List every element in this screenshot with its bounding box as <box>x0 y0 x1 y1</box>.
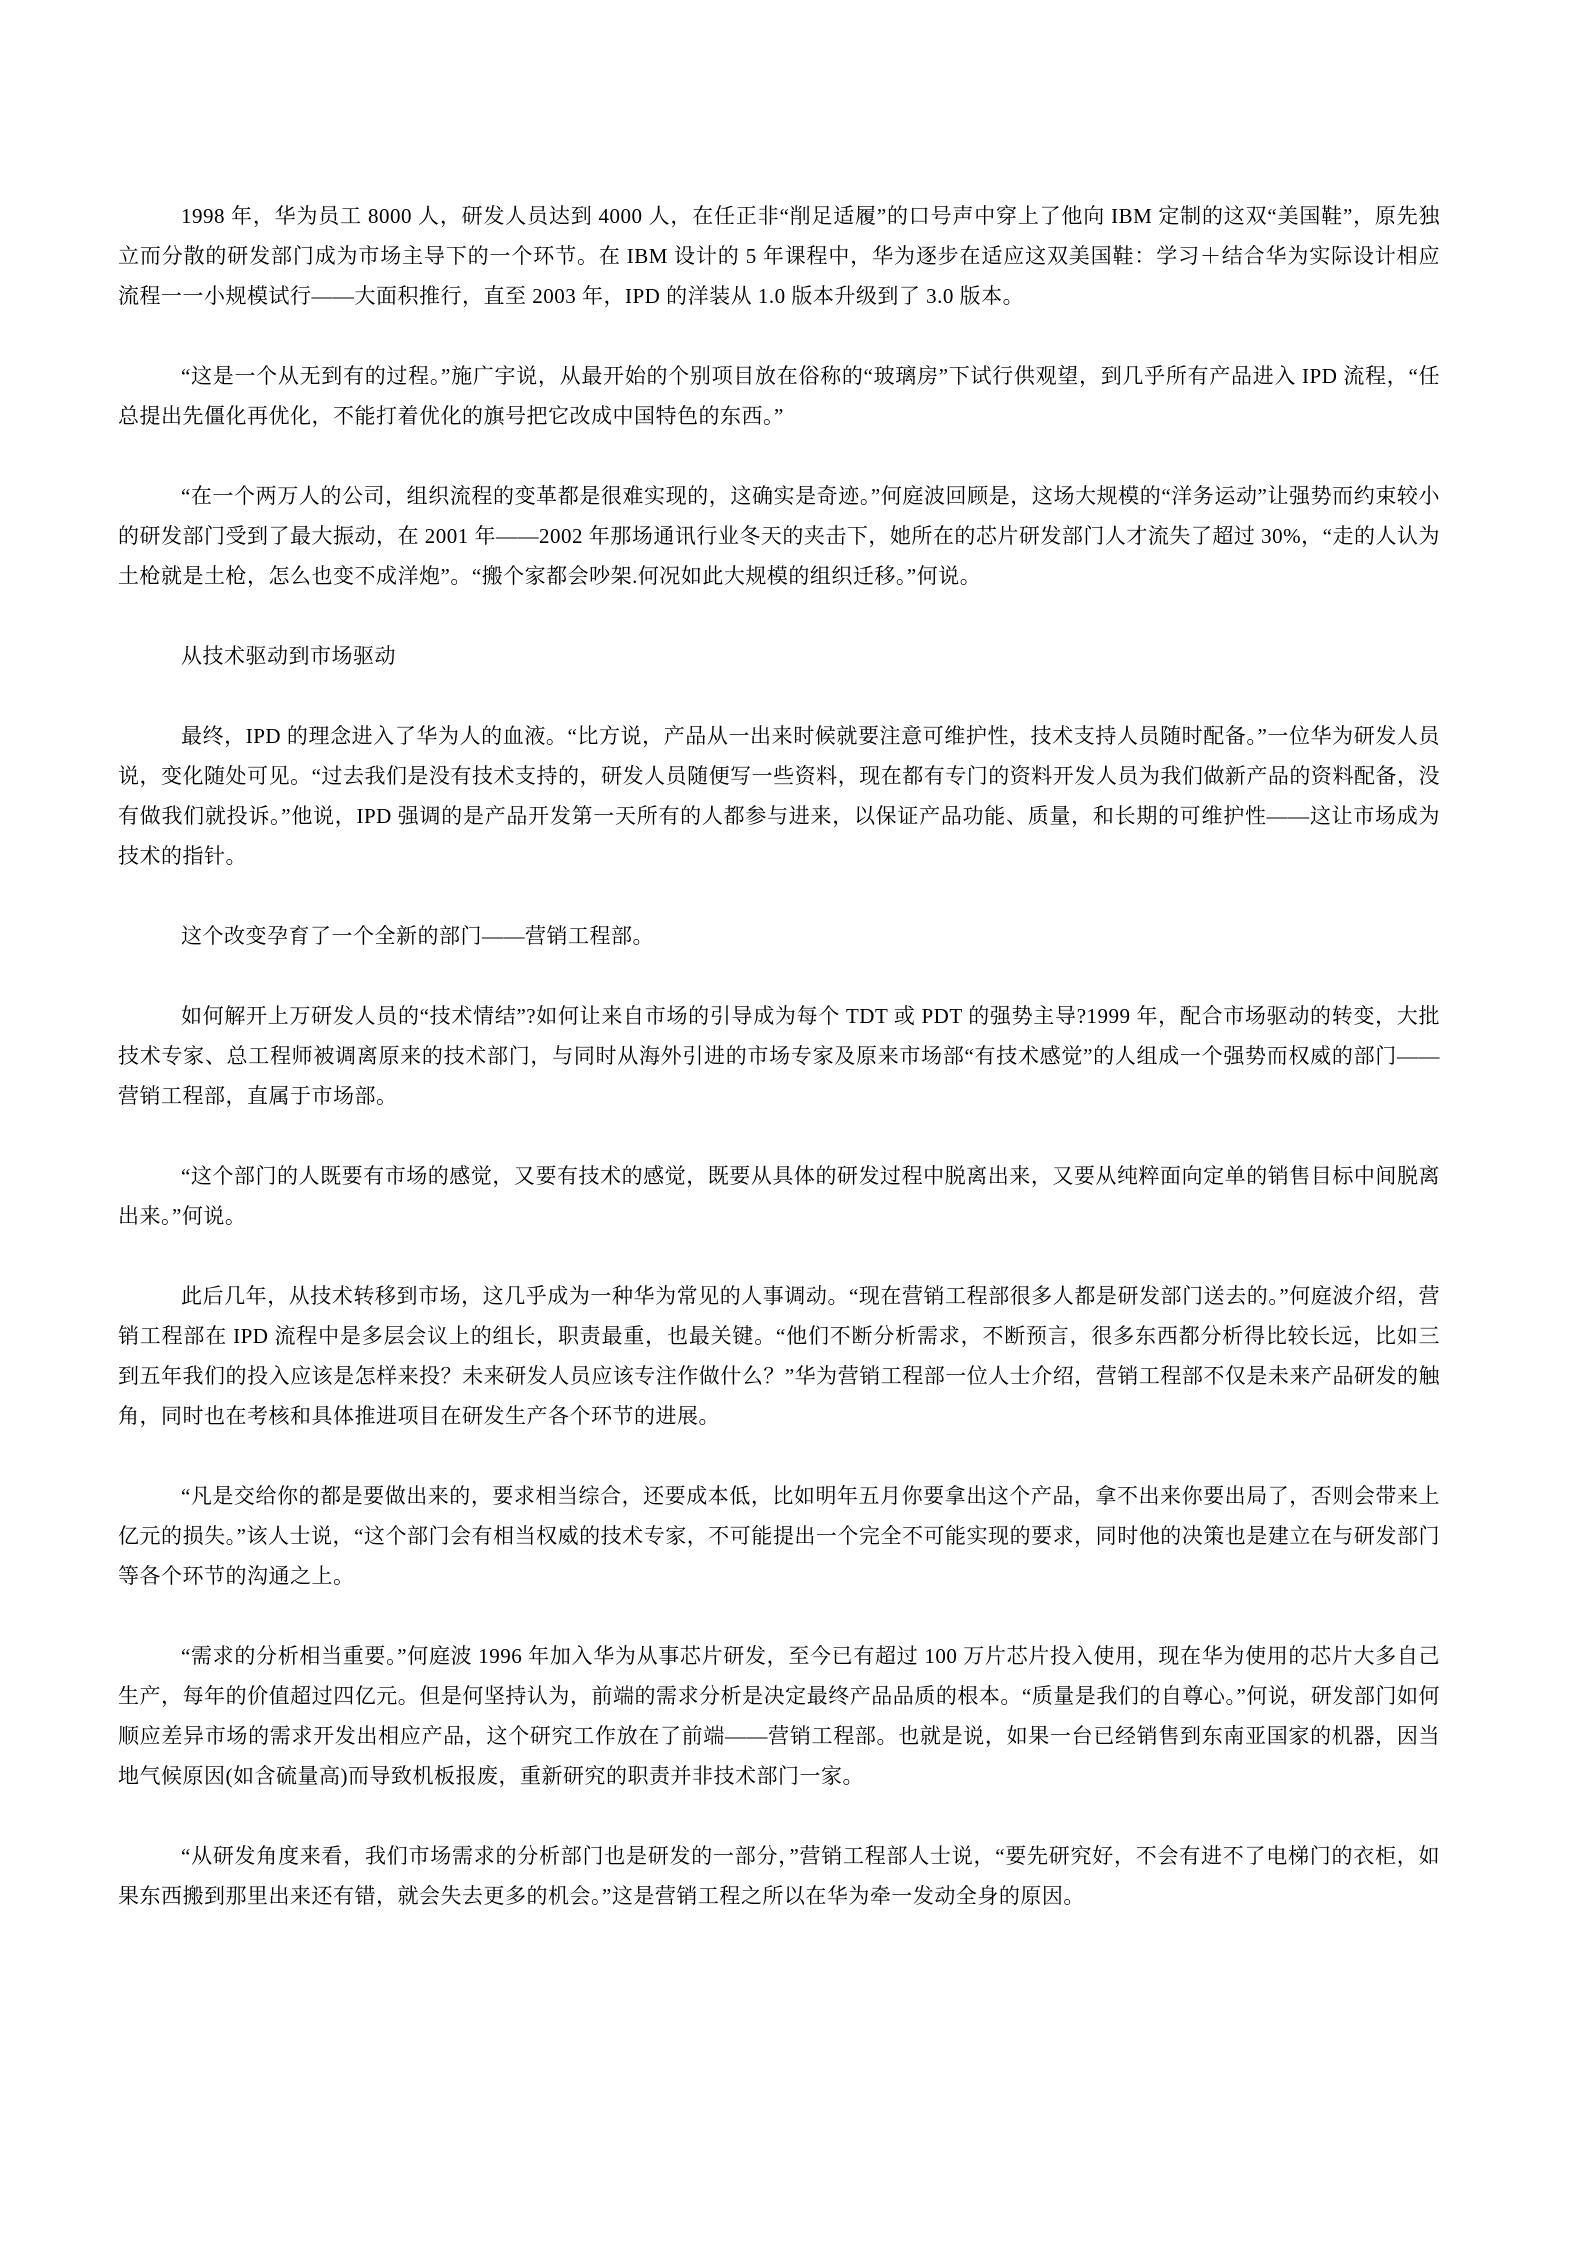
paragraph-department-role: “这个部门的人既要有市场的感觉，又要有技术的感觉，既要从具体的研发过程中脱离出来… <box>118 1156 1440 1236</box>
document-page: 1998 年，华为员工 8000 人，研发人员达到 4000 人，在任正非“削足… <box>0 0 1587 2245</box>
paragraph-ipd-concept: 最终，IPD 的理念进入了华为人的血液。“比方说，产品从一出来时候就要注意可维护… <box>118 716 1440 876</box>
paragraph-new-department: 这个改变孕育了一个全新的部门——营销工程部。 <box>118 916 1440 956</box>
paragraph-hetingbo-review: “在一个两万人的公司，组织流程的变革都是很难实现的，这确实是奇迹。”何庭波回顾是… <box>118 476 1440 596</box>
paragraph-tech-complex: 如何解开上万研发人员的“技术情结”?如何让来自市场的引导成为每个 TDT 或 P… <box>118 996 1440 1116</box>
section-heading: 从技术驱动到市场驱动 <box>118 636 1440 676</box>
paragraph-ipd-history: 1998 年，华为员工 8000 人，研发人员达到 4000 人，在任正非“削足… <box>118 196 1440 316</box>
paragraph-demand-analysis: “需求的分析相当重要。”何庭波 1996 年加入华为从事芯片研发，至今已有超过 … <box>118 1636 1440 1796</box>
paragraph-delivery-demands: “凡是交给你的都是要做出来的，要求相当综合，还要成本低，比如明年五月你要拿出这个… <box>118 1476 1440 1596</box>
paragraph-rnd-perspective: “从研发角度来看，我们市场需求的分析部门也是研发的一部分，”营销工程部人士说，“… <box>118 1836 1440 1916</box>
paragraph-shiguangyu-quote: “这是一个从无到有的过程。”施广宇说，从最开始的个别项目放在俗称的“玻璃房”下试… <box>118 356 1440 436</box>
paragraph-personnel-moves: 此后几年，从技术转移到市场，这几乎成为一种华为常见的人事调动。“现在营销工程部很… <box>118 1276 1440 1436</box>
